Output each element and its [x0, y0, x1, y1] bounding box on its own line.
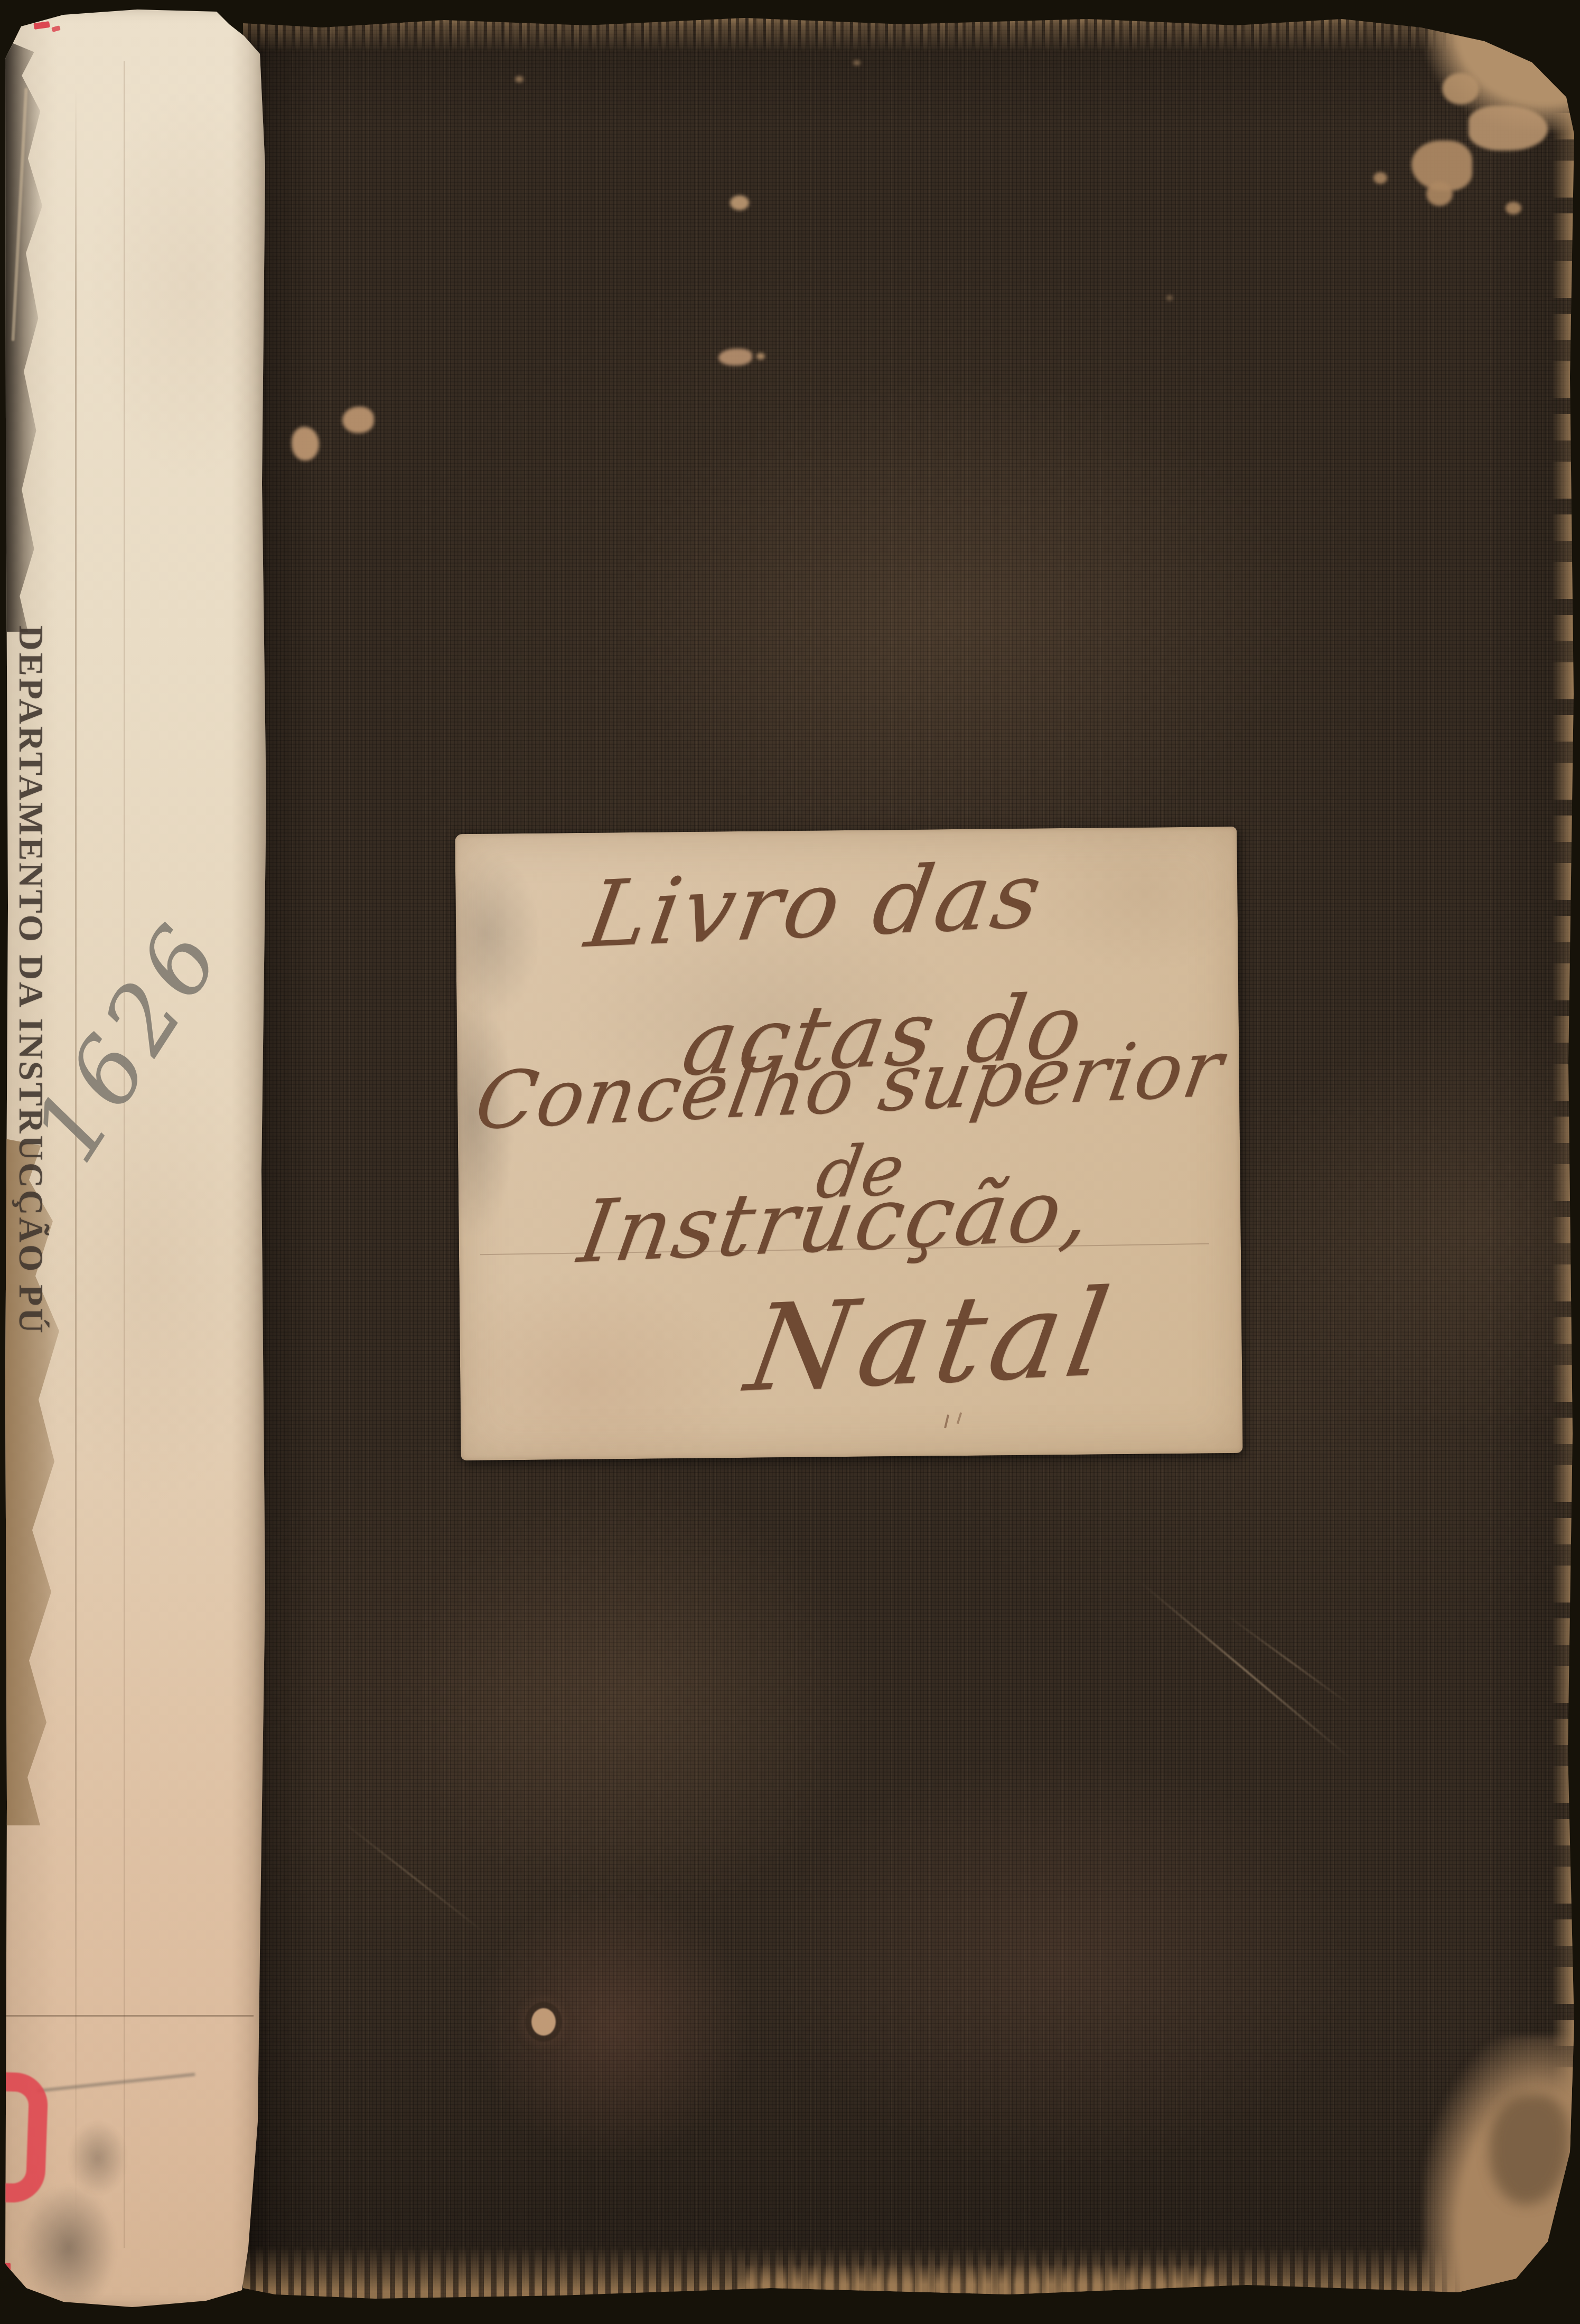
sheen-patch [771, 1750, 1352, 2173]
scratch-mark [1139, 1581, 1351, 1759]
red-paint-fleck [33, 21, 50, 30]
stain [1506, 202, 1521, 214]
sheen-patch [401, 1486, 877, 1909]
charcoal-smudge [21, 2185, 116, 2311]
worn-bottom-patch [745, 2264, 1220, 2302]
spine-crease-horizontal [5, 2015, 254, 2017]
handwriting-line-3: Concelho superior [469, 1023, 1230, 1147]
red-paint-fleck [51, 25, 61, 32]
stain [515, 76, 523, 82]
fray-top-edge [243, 7, 1576, 53]
stain [730, 195, 749, 210]
title-label: Livro das actas do Concelho superior de … [455, 827, 1242, 1460]
scratch-mark [1224, 1613, 1354, 1708]
stain [853, 60, 861, 65]
stain [718, 349, 752, 366]
stain [1469, 106, 1548, 151]
spine-paper: DEPARTAMENTO DA INSTRUCÇÃO PÚ 1626 [5, 8, 268, 2307]
handwriting-line-1: Livro das [579, 841, 1052, 969]
wear-spot [531, 2008, 556, 2036]
spine-stamp-text: DEPARTAMENTO DA INSTRUCÇÃO PÚ [11, 625, 51, 1335]
wear-spot-halo [475, 1888, 750, 2162]
stain [292, 427, 319, 461]
sheen-patch [613, 377, 1299, 852]
ink-flecks [944, 1414, 949, 1428]
handwriting-line-6: Natal [738, 1263, 1124, 1419]
stain [1166, 295, 1173, 301]
stain [1426, 182, 1453, 206]
ink-flecks [957, 1412, 962, 1424]
charcoal-smudge [69, 2121, 127, 2195]
spine-crease-vertical [124, 61, 125, 2248]
sheen-patch [1247, 1011, 1580, 1433]
handwriting-line-5: Instrucção, [572, 1160, 1100, 1283]
stain [756, 353, 765, 360]
pencil-scuff [38, 2073, 195, 2092]
stain [1442, 73, 1479, 105]
stain [1373, 172, 1387, 184]
stain [342, 407, 374, 433]
red-paint-fleck [2, 2263, 11, 2287]
red-frame-stamp [0, 2072, 49, 2204]
photo-backdrop: DEPARTAMENTO DA INSTRUCÇÃO PÚ 1626 Livro… [0, 0, 1580, 2324]
